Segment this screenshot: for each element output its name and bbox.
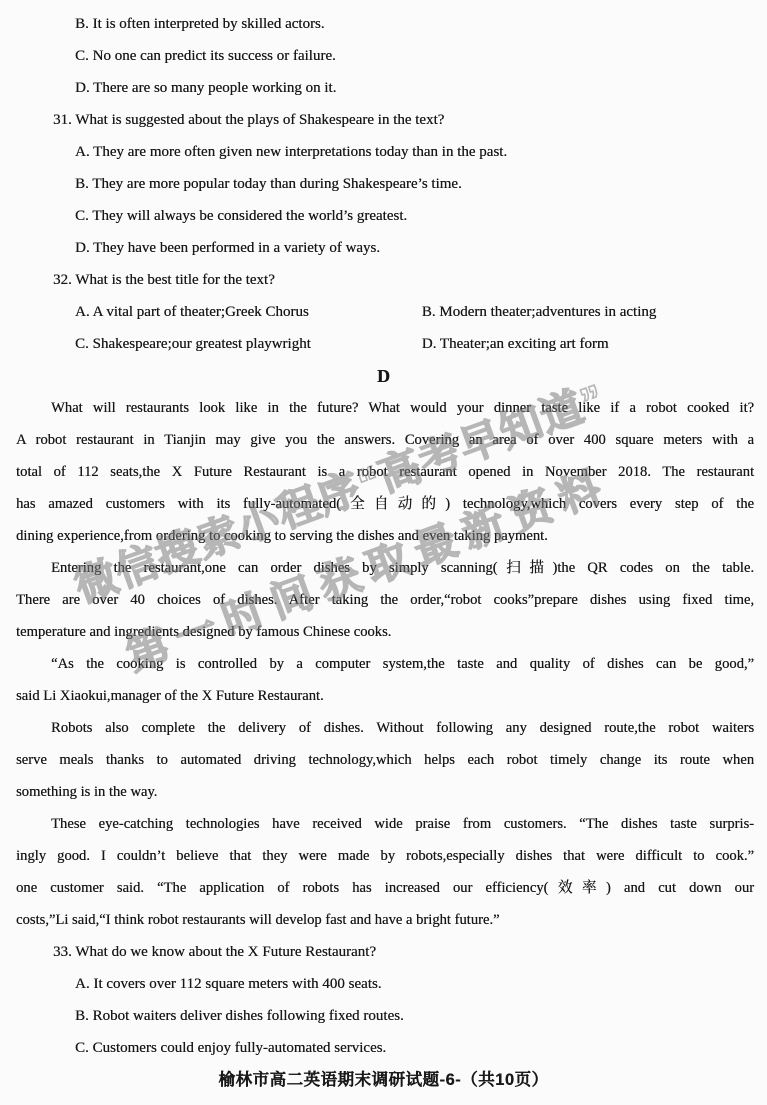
passage-line: Entering the restaurant,one can order di…	[0, 552, 767, 584]
question-32-options-row-2: C. Shakespeare;our greatest playwright D…	[0, 328, 767, 360]
question-31-option-b: B. They are more popular today than duri…	[0, 168, 767, 200]
question-33-option-b: B. Robot waiters deliver dishes followin…	[0, 1000, 767, 1032]
passage-line: “As the cooking is controlled by a compu…	[0, 648, 767, 680]
passage-line: These eye-catching technologies have rec…	[0, 808, 767, 840]
question-32-option-a: A. A vital part of theater;Greek Chorus	[75, 296, 418, 328]
question-32-stem: 32. What is the best title for the text?	[0, 264, 767, 296]
passage-line: total of 112 seats,the X Future Restaura…	[0, 456, 767, 488]
passage-line: There are over 40 choices of dishes. Aft…	[0, 584, 767, 616]
exam-content: B. It is often interpreted by skilled ac…	[0, 0, 767, 1096]
question-32-option-c: C. Shakespeare;our greatest playwright	[75, 328, 418, 360]
passage-line: Robots also complete the delivery of dis…	[0, 712, 767, 744]
question-32-options-row-1: A. A vital part of theater;Greek Chorus …	[0, 296, 767, 328]
question-32-option-b: B. Modern theater;adventures in acting	[422, 304, 657, 320]
question-30-option-d: D. There are so many people working on i…	[0, 72, 767, 104]
exam-page: B. It is often interpreted by skilled ac…	[0, 0, 767, 1105]
passage-line: A robot restaurant in Tianjin may give y…	[0, 424, 767, 456]
passage-line: What will restaurants look like in the f…	[0, 392, 767, 424]
passage-line: costs,”Li said,“I think robot restaurant…	[0, 904, 767, 936]
question-30-option-b: B. It is often interpreted by skilled ac…	[0, 8, 767, 40]
question-33-stem: 33. What do we know about the X Future R…	[0, 936, 767, 968]
passage-section-label: D	[0, 360, 767, 392]
passage-line: temperature and ingredients designed by …	[0, 616, 767, 648]
question-30-option-c: C. No one can predict its success or fai…	[0, 40, 767, 72]
page-footer: 榆林市高二英语期末调研试题-6-（共10页）	[0, 1064, 767, 1096]
passage-line: has amazed customers with its fully-auto…	[0, 488, 767, 520]
question-31-option-c: C. They will always be considered the wo…	[0, 200, 767, 232]
passage-line: one customer said. “The application of r…	[0, 872, 767, 904]
question-31-option-a: A. They are more often given new interpr…	[0, 136, 767, 168]
question-31-option-d: D. They have been performed in a variety…	[0, 232, 767, 264]
question-32-option-d: D. Theater;an exciting art form	[422, 336, 609, 352]
question-33-option-c: C. Customers could enjoy fully-automated…	[0, 1032, 767, 1064]
question-33-option-a: A. It covers over 112 square meters with…	[0, 968, 767, 1000]
passage-line: something is in the way.	[0, 776, 767, 808]
passage-line: dining experience,from ordering to cooki…	[0, 520, 767, 552]
passage-line: said Li Xiaokui,manager of the X Future …	[0, 680, 767, 712]
passage-line: ingly good. I couldn’t believe that they…	[0, 840, 767, 872]
passage-line: serve meals thanks to automated driving …	[0, 744, 767, 776]
question-31-stem: 31. What is suggested about the plays of…	[0, 104, 767, 136]
